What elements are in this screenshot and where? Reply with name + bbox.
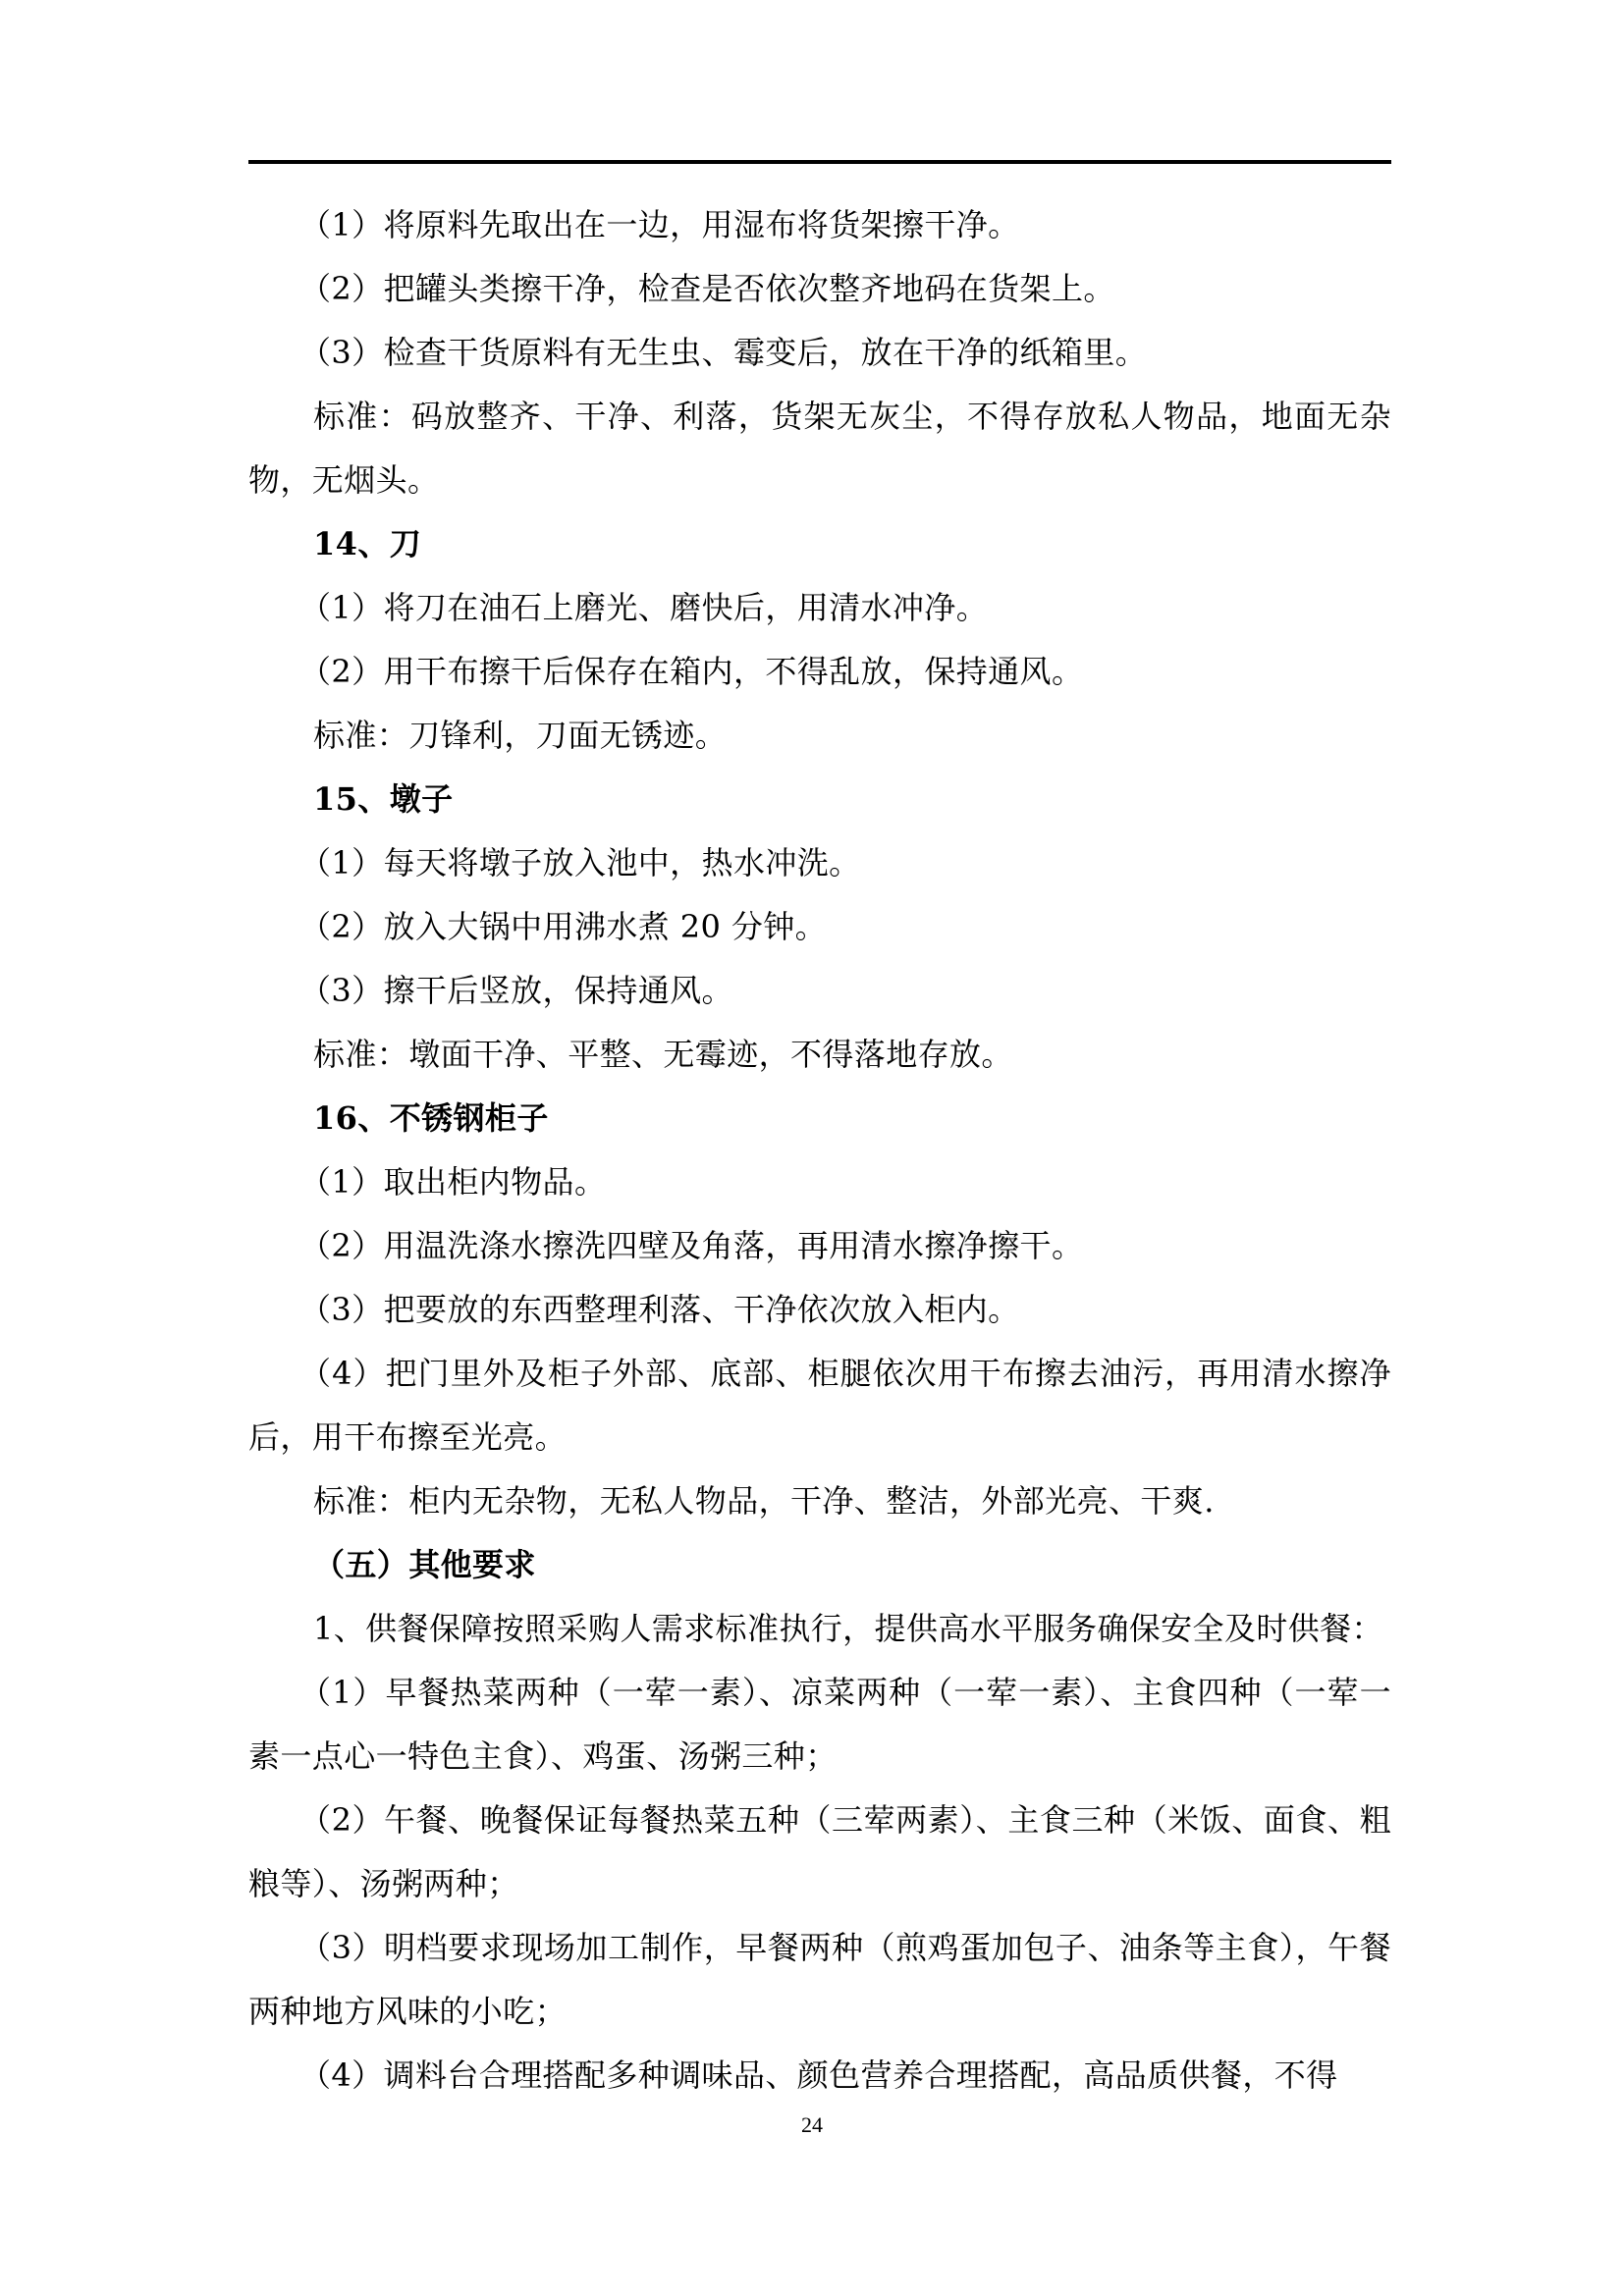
paragraph-item: （1）将刀在油石上磨光、磨快后，用清水冲净。 xyxy=(248,576,1391,640)
paragraph-item: （1）取出柜内物品。 xyxy=(248,1150,1391,1214)
paragraph-item: （4）把门里外及柜子外部、底部、柜腿依次用干布擦去油污，再用清水擦净后，用干布擦… xyxy=(248,1342,1391,1469)
section-heading: 14、刀 xyxy=(248,512,1391,576)
paragraph-item: （3）明档要求现场加工制作，早餐两种（煎鸡蛋加包子、油条等主食），午餐两种地方风… xyxy=(248,1916,1391,2044)
paragraph-item: （3）检查干货原料有无生虫、霉变后，放在干净的纸箱里。 xyxy=(248,321,1391,385)
header-rule xyxy=(248,160,1391,164)
paragraph-item: （1）早餐热菜两种（一荤一素）、凉菜两种（一荤一素）、主食四种（一荤一素一点心一… xyxy=(248,1661,1391,1789)
paragraph-item: （1）将原料先取出在一边，用湿布将货架擦干净。 xyxy=(248,193,1391,257)
section-heading: （五）其他要求 xyxy=(248,1533,1391,1597)
paragraph-item: （2）用干布擦干后保存在箱内，不得乱放，保持通风。 xyxy=(248,640,1391,704)
paragraph-item: （3）把要放的东西整理利落、干净依次放入柜内。 xyxy=(248,1278,1391,1342)
paragraph-item: （1）每天将墩子放入池中，热水冲洗。 xyxy=(248,831,1391,895)
paragraph-standard: 标准：墩面干净、平整、无霉迹，不得落地存放。 xyxy=(248,1023,1391,1087)
paragraph-item: （3）擦干后竖放，保持通风。 xyxy=(248,959,1391,1023)
paragraph-standard: 标准：柜内无杂物，无私人物品，干净、整洁，外部光亮、干爽. xyxy=(248,1469,1391,1533)
page-number: 24 xyxy=(0,2112,1624,2138)
paragraph-numbered: 1、供餐保障按照采购人需求标准执行，提供高水平服务确保安全及时供餐： xyxy=(248,1597,1391,1661)
document-body: （1）将原料先取出在一边，用湿布将货架擦干净。 （2）把罐头类擦干净，检查是否依… xyxy=(248,193,1391,2108)
paragraph-item: （2）把罐头类擦干净，检查是否依次整齐地码在货架上。 xyxy=(248,257,1391,321)
paragraph-standard: 标准：码放整齐、干净、利落，货架无灰尘，不得存放私人物品，地面无杂物，无烟头。 xyxy=(248,385,1391,512)
paragraph-item: （4）调料台合理搭配多种调味品、颜色营养合理搭配，高品质供餐，不得 xyxy=(248,2044,1391,2108)
section-heading: 16、不锈钢柜子 xyxy=(248,1087,1391,1150)
paragraph-item: （2）午餐、晚餐保证每餐热菜五种（三荤两素）、主食三种（米饭、面食、粗粮等）、汤… xyxy=(248,1789,1391,1916)
paragraph-item: （2）放入大锅中用沸水煮 20 分钟。 xyxy=(248,895,1391,959)
paragraph-item: （2）用温洗涤水擦洗四壁及角落，再用清水擦净擦干。 xyxy=(248,1214,1391,1278)
paragraph-standard: 标准：刀锋利，刀面无锈迹。 xyxy=(248,704,1391,768)
section-heading: 15、墩子 xyxy=(248,768,1391,831)
